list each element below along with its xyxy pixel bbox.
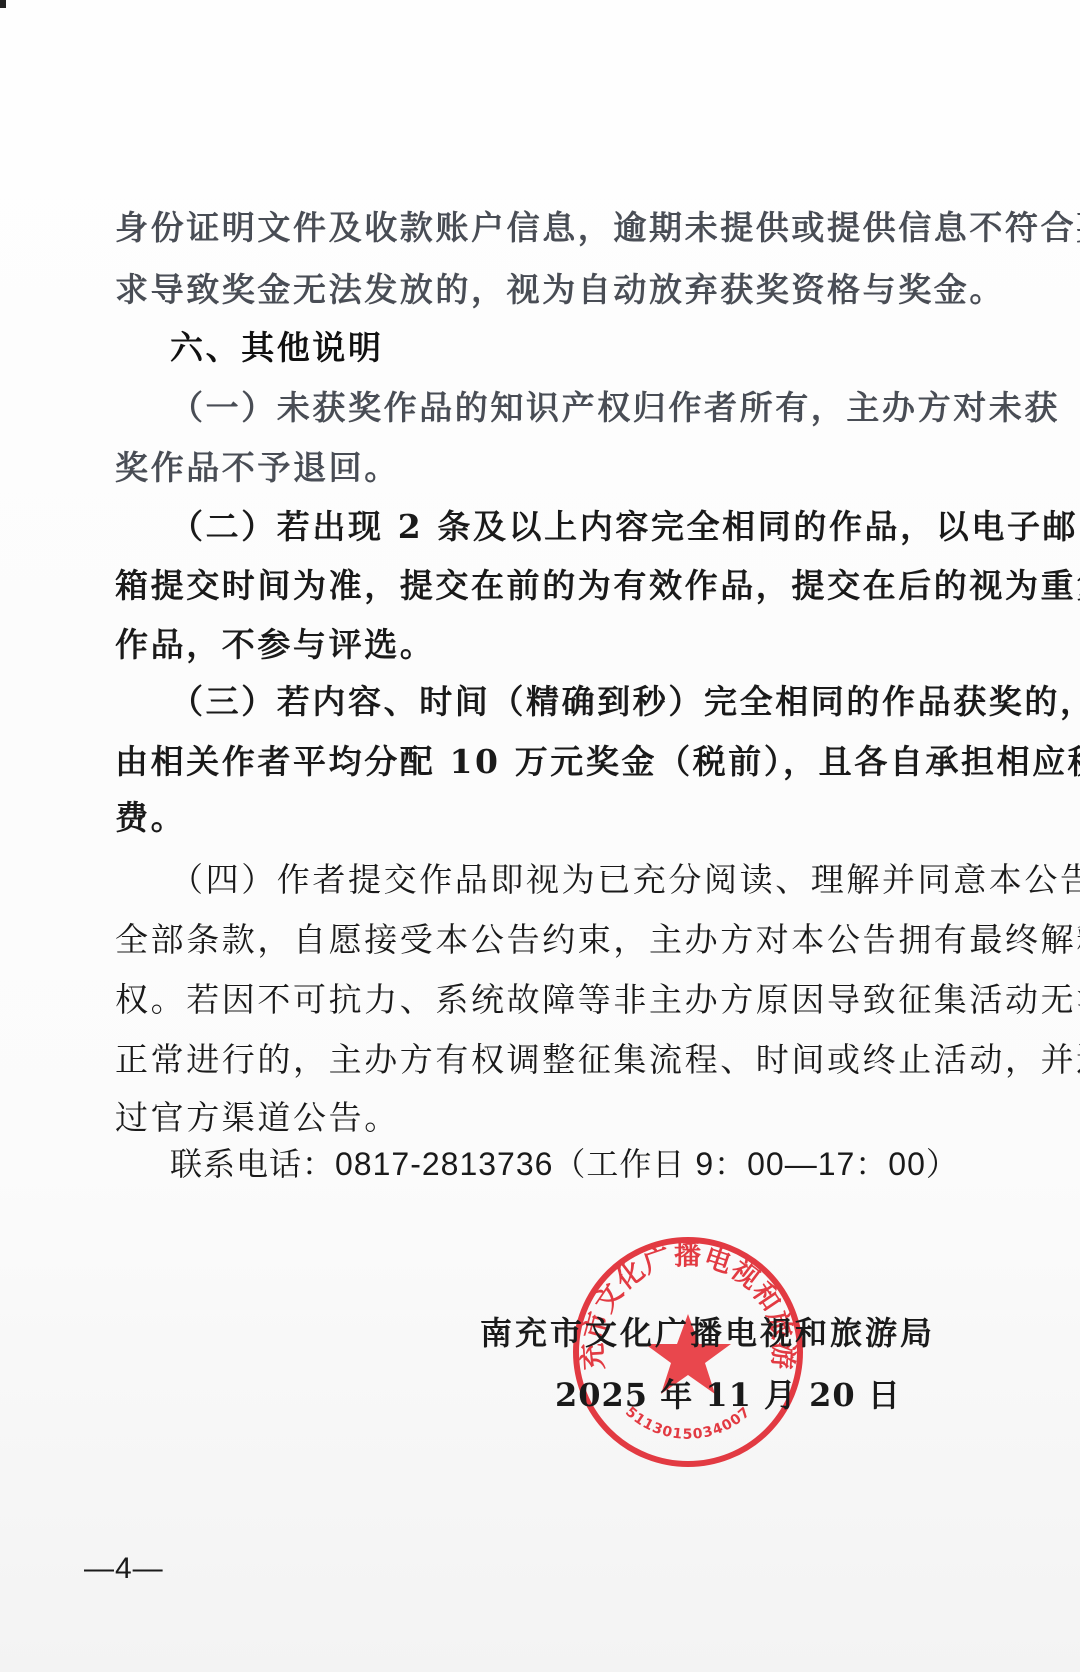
- item-4-line: （四）作者提交作品即视为已充分阅读、理解并同意本公告: [170, 860, 960, 900]
- document-page: 身份证明文件及收款账户信息，逾期未提供或提供信息不符合要 求导致奖金无法发放的，…: [0, 0, 1080, 1672]
- item-2-line: （二）若出现 2 条及以上内容完全相同的作品，以电子邮: [170, 507, 960, 547]
- item-1-line: 奖作品不予退回。: [115, 448, 960, 488]
- item-3-line: （三）若内容、时间（精确到秒）完全相同的作品获奖的，: [170, 682, 960, 722]
- item-3-line: 费。: [115, 798, 960, 838]
- item-4-line: 正常进行的，主办方有权调整征集流程、时间或终止活动，并通: [115, 1040, 960, 1080]
- page-number: —4—: [84, 1552, 164, 1586]
- item-4-line: 过官方渠道公告。: [115, 1098, 960, 1138]
- item-2-line: 作品，不参与评选。: [115, 625, 960, 665]
- item-4-line: 权。若因不可抗力、系统故障等非主办方原因导致征集活动无法: [115, 980, 960, 1020]
- item-4-line: 全部条款，自愿接受本公告约束，主办方对本公告拥有最终解释: [115, 920, 960, 960]
- scan-edge-mark: [0, 0, 6, 8]
- item-2-line: 箱提交时间为准，提交在前的为有效作品，提交在后的视为重复: [115, 566, 960, 606]
- issuing-authority: 南充市文化广播电视和旅游局: [480, 1308, 935, 1354]
- contact-phone: 联系电话：0817-2813736（工作日 9：00—17：00）: [170, 1144, 870, 1184]
- paragraph-line: 身份证明文件及收款账户信息，逾期未提供或提供信息不符合要: [115, 208, 960, 248]
- section-heading: 六、其他说明: [170, 328, 1015, 368]
- item-1-line: （一）未获奖作品的知识产权归作者所有，主办方对未获: [170, 388, 960, 428]
- paragraph-line: 求导致奖金无法发放的，视为自动放弃获奖资格与奖金。: [115, 270, 960, 310]
- issue-date: 2025 年 11 月 20 日: [555, 1370, 901, 1416]
- item-3-line: 由相关作者平均分配 10 万元奖金（税前），且各自承担相应税: [115, 742, 960, 782]
